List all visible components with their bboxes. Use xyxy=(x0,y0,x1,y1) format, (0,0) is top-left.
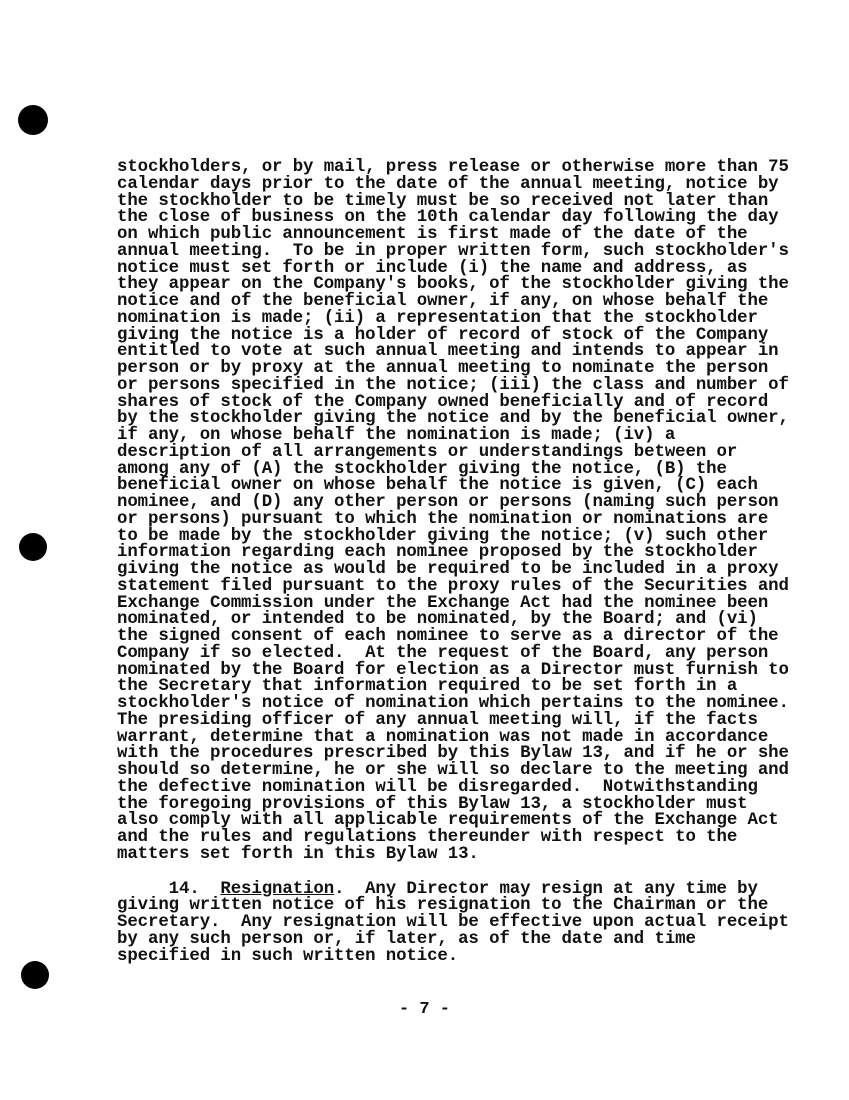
punch-hole-middle xyxy=(19,533,47,561)
text-line: the defective nomination will be disrega… xyxy=(117,780,817,797)
text-line: or persons specified in the notice; (iii… xyxy=(117,378,817,395)
text-line: calendar days prior to the date of the a… xyxy=(117,177,817,194)
punch-hole-bottom xyxy=(21,961,49,989)
text-line: annual meeting. To be in proper written … xyxy=(117,244,817,261)
text-line: matters set forth in this Bylaw 13. xyxy=(117,847,817,864)
document-body: stockholders, or by mail, press release … xyxy=(117,160,817,965)
page-number: - 7 - xyxy=(0,1000,849,1019)
paragraph-bylaw-14: 14. Resignation. Any Director may resign… xyxy=(117,882,817,966)
paragraph-bylaw-13-continued: stockholders, or by mail, press release … xyxy=(117,160,817,864)
text-line: statement filed pursuant to the proxy ru… xyxy=(117,579,817,596)
text-line: The presiding officer of any annual meet… xyxy=(117,713,817,730)
text-line: nomination is made; (ii) a representatio… xyxy=(117,311,817,328)
punch-hole-top xyxy=(18,105,48,135)
text-line: Company if so elected. At the request of… xyxy=(117,646,817,663)
text-line: specified in such written notice. xyxy=(117,949,817,966)
text-line: by any such person or, if later, as of t… xyxy=(117,932,817,949)
text-line: or persons) pursuant to which the nomina… xyxy=(117,512,817,529)
text-line: description of all arrangements or under… xyxy=(117,445,817,462)
